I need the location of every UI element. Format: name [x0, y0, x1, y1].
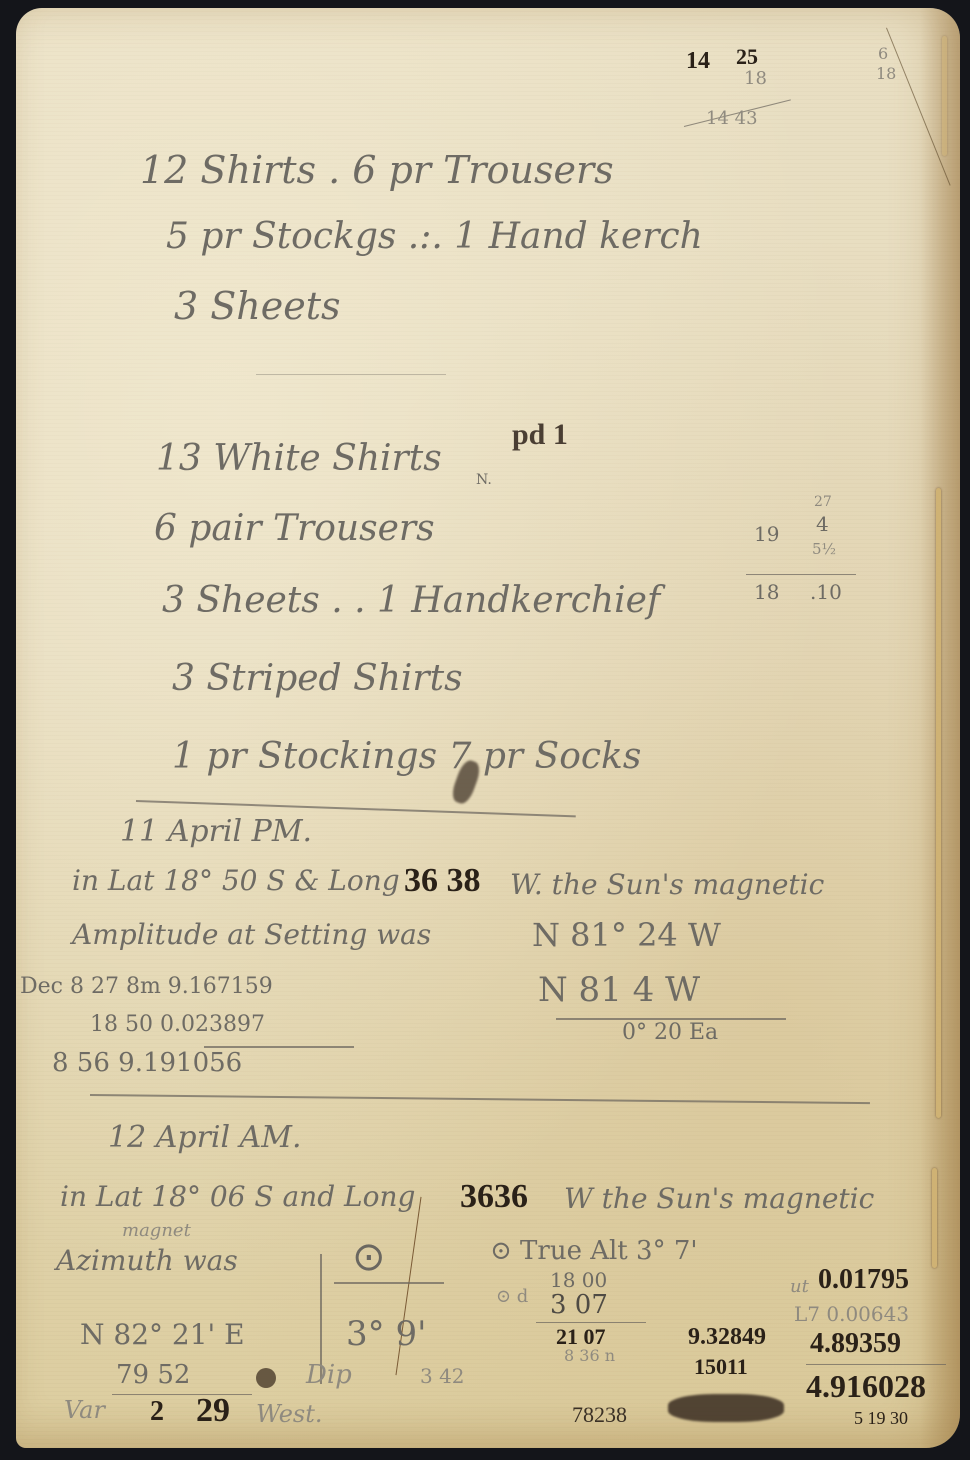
margin-mark: pd 1: [512, 418, 568, 452]
right-calc-result: 4.916028: [806, 1368, 926, 1405]
calc-top-a: 14: [686, 48, 710, 75]
inventory-line: 3 Sheets: [174, 284, 341, 328]
right-calc: L7 0.00643: [794, 1302, 909, 1326]
mid-calc-big: 9.32849: [688, 1324, 766, 1351]
calc-corner-b: 18: [876, 64, 896, 83]
calc-top-result: 14 43: [706, 108, 758, 129]
binding-stitch: [936, 488, 941, 1118]
ink-spot: [256, 1368, 276, 1388]
dip-label: Dip: [306, 1360, 352, 1390]
variation-value: 0° 20 Ea: [622, 1020, 718, 1045]
inventory-line: 3 Striped Shirts: [172, 658, 463, 699]
calc-rule: [536, 1322, 646, 1323]
calc-rule: [112, 1394, 252, 1395]
log-calc: 8 56 9.191056: [52, 1048, 242, 1078]
entry-text: W the Sun's magnetic: [564, 1182, 874, 1215]
side-calc: 5½: [812, 540, 836, 558]
dip-value: 3 42: [420, 1364, 465, 1388]
altitude-value: 3° 9': [346, 1314, 426, 1354]
azimuth-sub: 79 52: [116, 1360, 190, 1390]
entry-text: in Lat 18° 50 S & Long: [72, 864, 400, 897]
sun-symbol: ⊙: [352, 1234, 386, 1280]
inventory-line: 13 White Shirts: [156, 438, 442, 479]
ink-blot: [668, 1394, 784, 1422]
right-calc: 0.01795: [818, 1264, 909, 1296]
notebook-page: 14 25 18 14 43 6 18 12 Shirts . 6 pr Tro…: [16, 8, 960, 1448]
amplitude-value: N 81 4 W: [538, 970, 700, 1010]
mid-calc-prefix: ⊙ d: [496, 1286, 528, 1307]
right-calc: 4.89359: [810, 1328, 901, 1360]
var-minutes: 29: [196, 1392, 230, 1430]
var-label: Var: [64, 1396, 105, 1424]
inventory-line: 1 pr Stockings 7 pr Socks: [172, 736, 641, 777]
entry-text: W. the Sun's magnetic: [510, 868, 824, 901]
true-altitude: ⊙ True Alt 3° 7': [490, 1236, 698, 1266]
section-divider: [256, 374, 446, 375]
entry-text: in Lat 18° 06 S and Long: [60, 1180, 415, 1213]
calc-top-b: 25: [736, 44, 758, 70]
side-calc: 18: [754, 580, 779, 604]
mid-calc-bottom: 78238: [572, 1402, 627, 1428]
var-direction: West.: [256, 1400, 323, 1428]
inventory-line: 3 Sheets . . 1 Handkerchief: [162, 580, 660, 621]
mid-calc: 3 07: [550, 1290, 608, 1320]
calc-corner-a: 6: [878, 44, 888, 63]
entry-text: Amplitude at Setting was: [72, 918, 431, 951]
calc-rule: [806, 1364, 946, 1365]
var-degrees: 2: [150, 1396, 164, 1428]
amplitude-value: N 81° 24 W: [532, 916, 721, 954]
calc-top-c: 18: [744, 68, 767, 89]
mid-calc-big: 15011: [694, 1354, 748, 1380]
longitude-ink: 3636: [460, 1178, 528, 1216]
side-calc: 4: [816, 512, 829, 536]
side-calc: .10: [810, 580, 842, 604]
log-calc: 18 50 0.023897: [90, 1012, 265, 1037]
entry-text-small: magnet: [122, 1220, 191, 1241]
mid-calc: 18 00: [550, 1268, 607, 1292]
mid-calc: 8 36 n: [564, 1346, 615, 1365]
longitude-ink: 36 38: [404, 862, 481, 900]
side-calc-rule: [746, 574, 856, 575]
azimuth-value: N 82° 21' E: [80, 1318, 245, 1351]
entry-text: Azimuth was: [56, 1244, 238, 1277]
section-divider: [90, 1094, 870, 1104]
log-calc: Dec 8 27 8m 9.167159: [20, 974, 273, 999]
inventory-line: 12 Shirts . 6 pr Trousers: [140, 148, 614, 192]
binding-stitch: [942, 36, 947, 156]
side-calc: 27: [814, 494, 832, 510]
right-calc: 5 19 30: [854, 1408, 908, 1429]
margin-n: N.: [476, 472, 492, 488]
inventory-line: 5 pr Stockgs .:. 1 Hand kerch: [166, 216, 703, 257]
entry-heading: 11 April PM.: [120, 814, 312, 849]
binding-stitch: [932, 1168, 937, 1268]
right-calc-pre: ut: [790, 1276, 809, 1297]
entry-heading: 12 April AM.: [108, 1120, 302, 1155]
side-calc: 19: [754, 522, 779, 546]
calc-rule: [334, 1282, 444, 1284]
inventory-line: 6 pair Trousers: [154, 508, 435, 549]
